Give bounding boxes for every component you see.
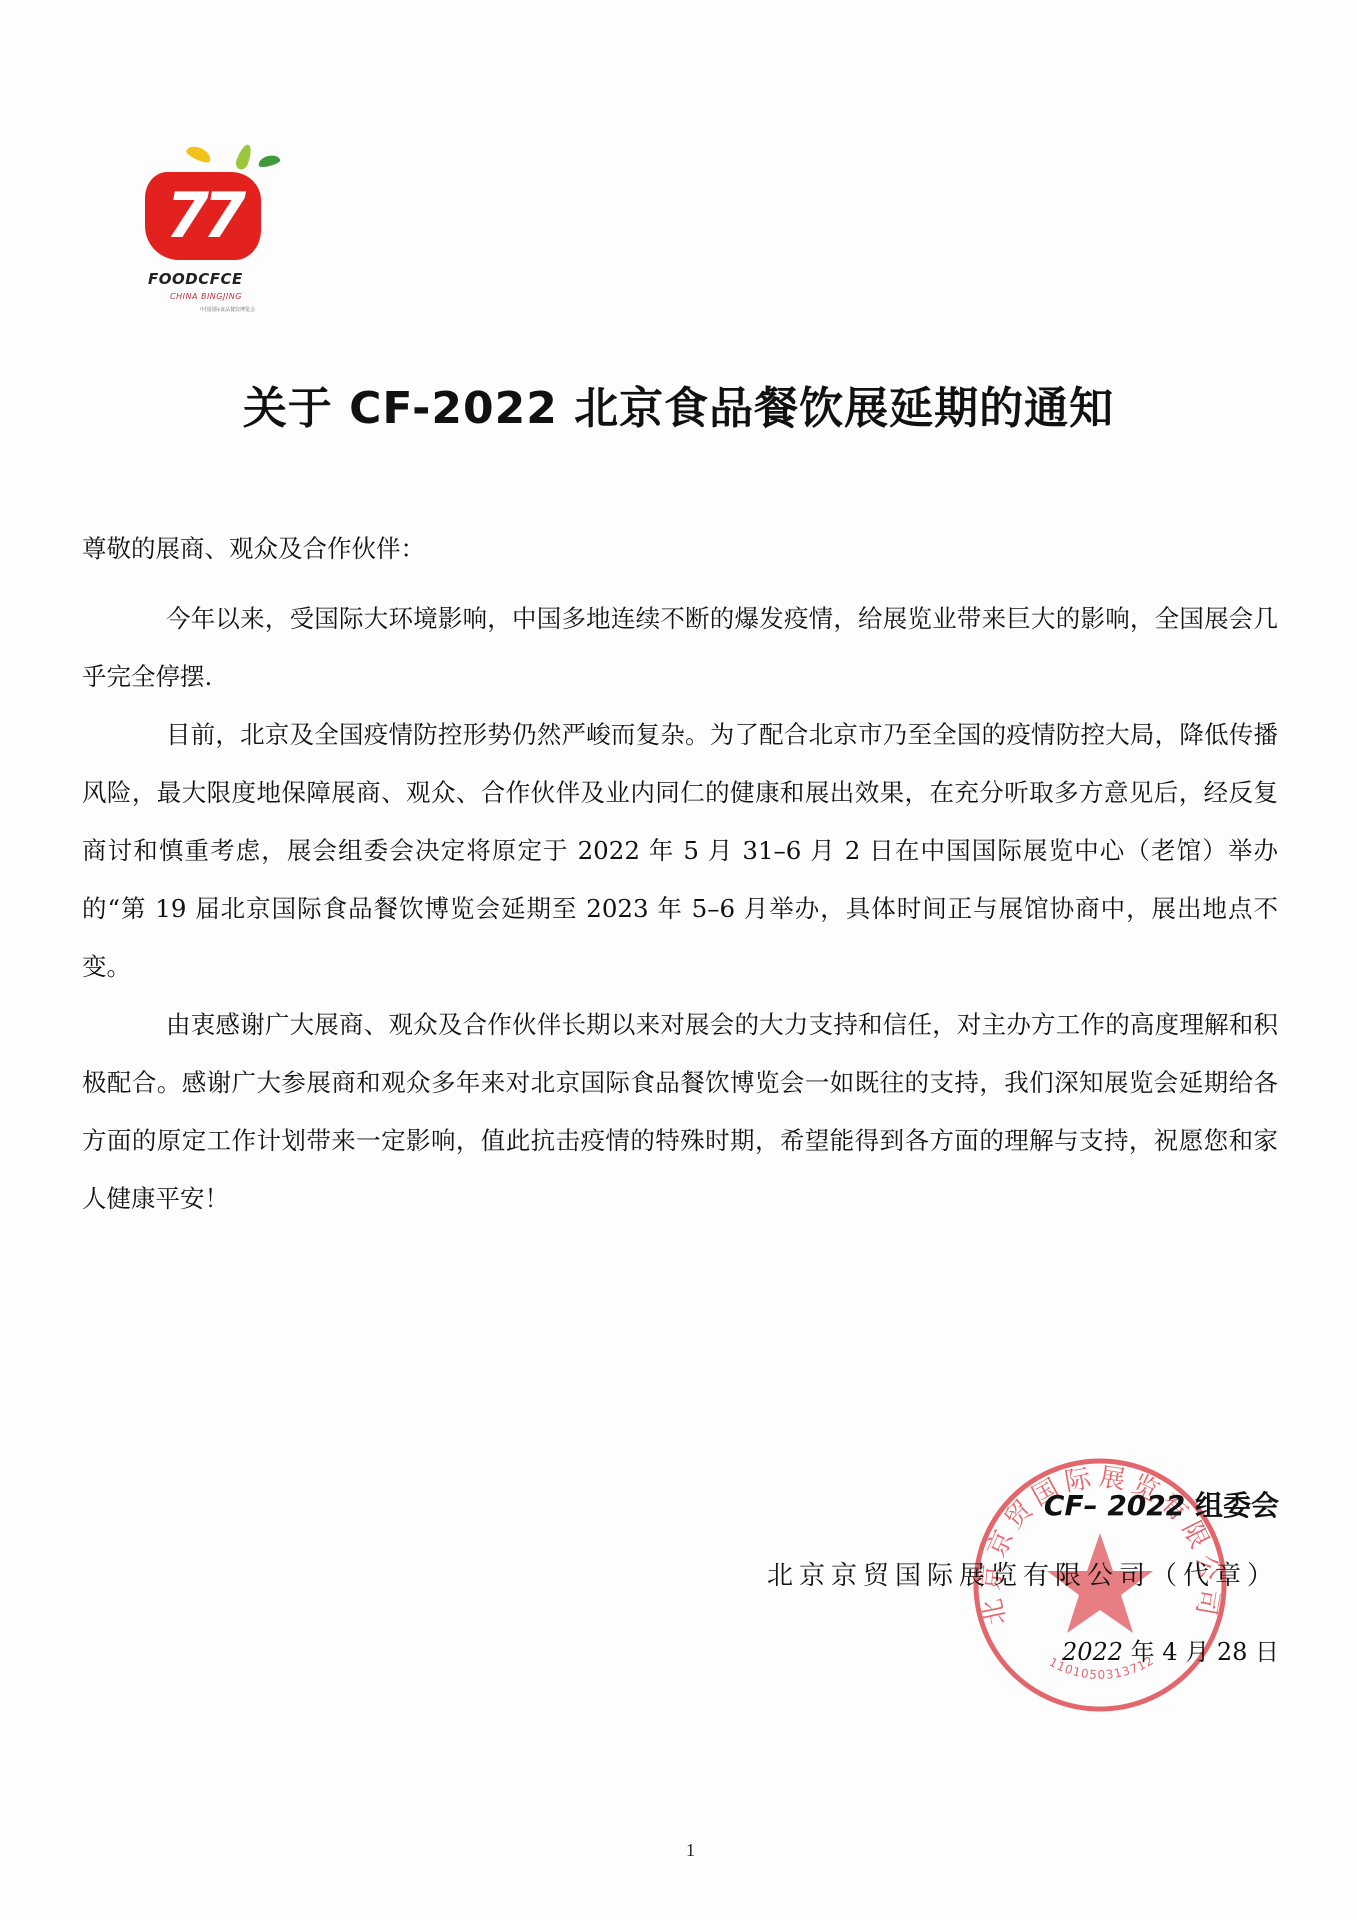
date-rest: 年 4 月 28 日	[1123, 1638, 1279, 1666]
paragraph-2: 目前，北京及全国疫情防控形势仍然严峻而复杂。为了配合北京市乃至全国的疫情防控大局…	[82, 706, 1278, 996]
document-page: 77 FOODCFCE CHINA BINGJING 中国国际食品餐饮博览会 关…	[0, 0, 1357, 1920]
logo-caption: 中国国际食品餐饮博览会	[200, 306, 255, 313]
salutation: 尊敬的展商、观众及合作伙伴：	[82, 520, 1278, 578]
page-number: 1	[12, 1840, 1357, 1861]
logo-brand: FOODCFCE	[148, 270, 243, 288]
date-year: 2022	[1062, 1638, 1123, 1666]
logo-subtitle: CHINA BINGJING	[170, 292, 242, 301]
paragraph-3: 由衷感谢广大展商、观众及合作伙伴长期以来对展会的大力支持和信任，对主办方工作的高…	[82, 996, 1278, 1228]
signature-date: 2022 年 4 月 28 日	[1062, 1632, 1279, 1667]
organizer-cn: 组委会	[1185, 1489, 1279, 1522]
document-body: 尊敬的展商、观众及合作伙伴： 今年以来，受国际大环境影响，中国多地连续不断的爆发…	[82, 520, 1278, 1228]
organizer-latin: CF– 2022	[1044, 1489, 1185, 1522]
apple-icon: 77	[145, 172, 261, 260]
paragraph-1: 今年以来，受国际大环境影响，中国多地连续不断的爆发疫情，给展览业带来巨大的影响，…	[82, 590, 1278, 706]
green-leaf-icon	[257, 153, 281, 168]
signature-organizer: CF– 2022 组委会	[1044, 1484, 1279, 1524]
page-title: 关于 CF-2022 北京食品餐饮展延期的通知	[0, 372, 1357, 436]
logo-mark: 77	[145, 176, 261, 256]
foodcfce-logo: 77 FOODCFCE CHINA BINGJING 中国国际食品餐饮博览会	[140, 140, 310, 320]
light-green-leaf-icon	[234, 143, 254, 172]
signature-company: 北京京贸国际展览有限公司（代章）	[767, 1555, 1279, 1592]
yellow-leaf-icon	[185, 143, 214, 165]
